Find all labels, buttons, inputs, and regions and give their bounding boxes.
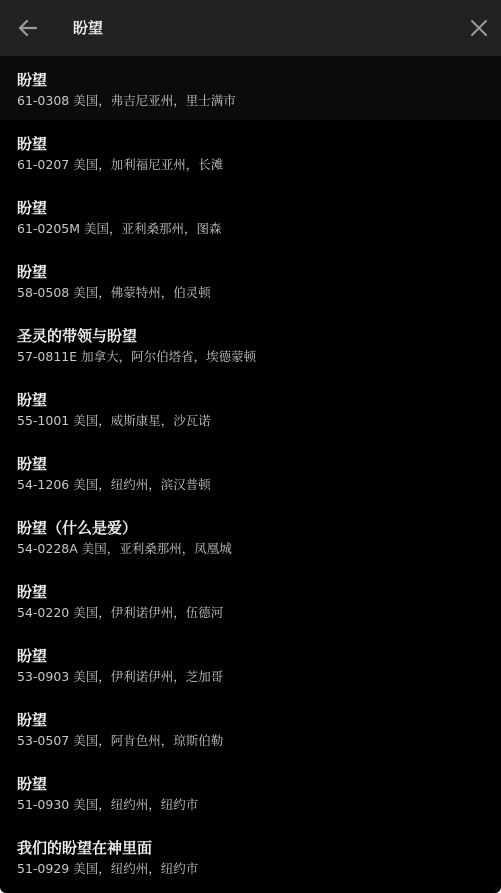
result-item[interactable]: 盼望 58-0508 美国，佛蒙特州，伯灵顿 xyxy=(0,248,501,312)
close-icon xyxy=(467,16,491,40)
header-bar: 盼望 xyxy=(0,0,501,56)
result-item[interactable]: 盼望 53-0507 美国，阿肯色州，琼斯伯勒 xyxy=(0,696,501,760)
search-results-panel: 盼望 盼望 61-0308 美国，弗吉尼亚州，里士满市 盼望 61-0207 美… xyxy=(0,0,501,893)
result-subtitle: 61-0207 美国，加利福尼亚州，长滩 xyxy=(17,155,501,175)
arrow-left-icon xyxy=(16,16,40,40)
result-item[interactable]: 盼望 54-1206 美国，纽约州，滨汉普顿 xyxy=(0,440,501,504)
result-item[interactable]: 圣灵的带领与盼望 57-0811E 加拿大，阿尔伯塔省，埃德蒙顿 xyxy=(0,312,501,376)
result-title: 盼望 xyxy=(17,440,501,475)
result-title: 盼望 xyxy=(17,696,501,731)
result-item[interactable]: 盼望（什么是爱） 54-0228A 美国，亚利桑那州，凤凰城 xyxy=(0,504,501,568)
result-title: 盼望 xyxy=(17,56,501,91)
result-item[interactable]: 盼望 61-0207 美国，加利福尼亚州，长滩 xyxy=(0,120,501,184)
result-item[interactable]: 盼望 61-0205M 美国，亚利桑那州，图森 xyxy=(0,184,501,248)
result-subtitle: 51-0929 美国，纽约州，纽约市 xyxy=(17,859,501,879)
result-title: 盼望 xyxy=(17,632,501,667)
result-title: 我们的盼望在神里面 xyxy=(17,824,501,859)
result-title: 盼望 xyxy=(17,376,501,411)
result-item[interactable]: 盼望 51-0930 美国，纽约州，纽约市 xyxy=(0,760,501,824)
result-title: 盼望 xyxy=(17,184,501,219)
result-subtitle: 51-0930 美国，纽约州，纽约市 xyxy=(17,795,501,815)
result-subtitle: 53-0903 美国，伊利诺伊州，芝加哥 xyxy=(17,667,501,687)
result-subtitle: 58-0508 美国，佛蒙特州，伯灵顿 xyxy=(17,283,501,303)
result-title: 盼望（什么是爱） xyxy=(17,504,501,539)
result-subtitle: 57-0811E 加拿大，阿尔伯塔省，埃德蒙顿 xyxy=(17,347,501,367)
result-item[interactable]: 盼望 61-0308 美国，弗吉尼亚州，里士满市 xyxy=(0,56,501,120)
result-title: 盼望 xyxy=(17,760,501,795)
result-title: 盼望 xyxy=(17,120,501,155)
result-item[interactable]: 我们的盼望在神里面 51-0929 美国，纽约州，纽约市 xyxy=(0,824,501,888)
result-subtitle: 54-0228A 美国，亚利桑那州，凤凰城 xyxy=(17,539,501,559)
result-item[interactable]: 盼望 53-0903 美国，伊利诺伊州，芝加哥 xyxy=(0,632,501,696)
result-subtitle: 61-0308 美国，弗吉尼亚州，里士满市 xyxy=(17,91,501,111)
back-button[interactable] xyxy=(16,16,40,40)
result-item[interactable]: 盼望 54-0220 美国，伊利诺伊州，伍德河 xyxy=(0,568,501,632)
result-title: 盼望 xyxy=(17,568,501,603)
results-list: 盼望 61-0308 美国，弗吉尼亚州，里士满市 盼望 61-0207 美国，加… xyxy=(0,56,501,888)
search-query-title: 盼望 xyxy=(73,17,103,39)
result-title: 盼望 xyxy=(17,248,501,283)
result-subtitle: 54-1206 美国，纽约州，滨汉普顿 xyxy=(17,475,501,495)
result-title: 圣灵的带领与盼望 xyxy=(17,312,501,347)
result-item[interactable]: 盼望 55-1001 美国，威斯康星，沙瓦诺 xyxy=(0,376,501,440)
result-subtitle: 54-0220 美国，伊利诺伊州，伍德河 xyxy=(17,603,501,623)
result-subtitle: 53-0507 美国，阿肯色州，琼斯伯勒 xyxy=(17,731,501,751)
close-button[interactable] xyxy=(467,16,491,40)
result-subtitle: 55-1001 美国，威斯康星，沙瓦诺 xyxy=(17,411,501,431)
result-subtitle: 61-0205M 美国，亚利桑那州，图森 xyxy=(17,219,501,239)
